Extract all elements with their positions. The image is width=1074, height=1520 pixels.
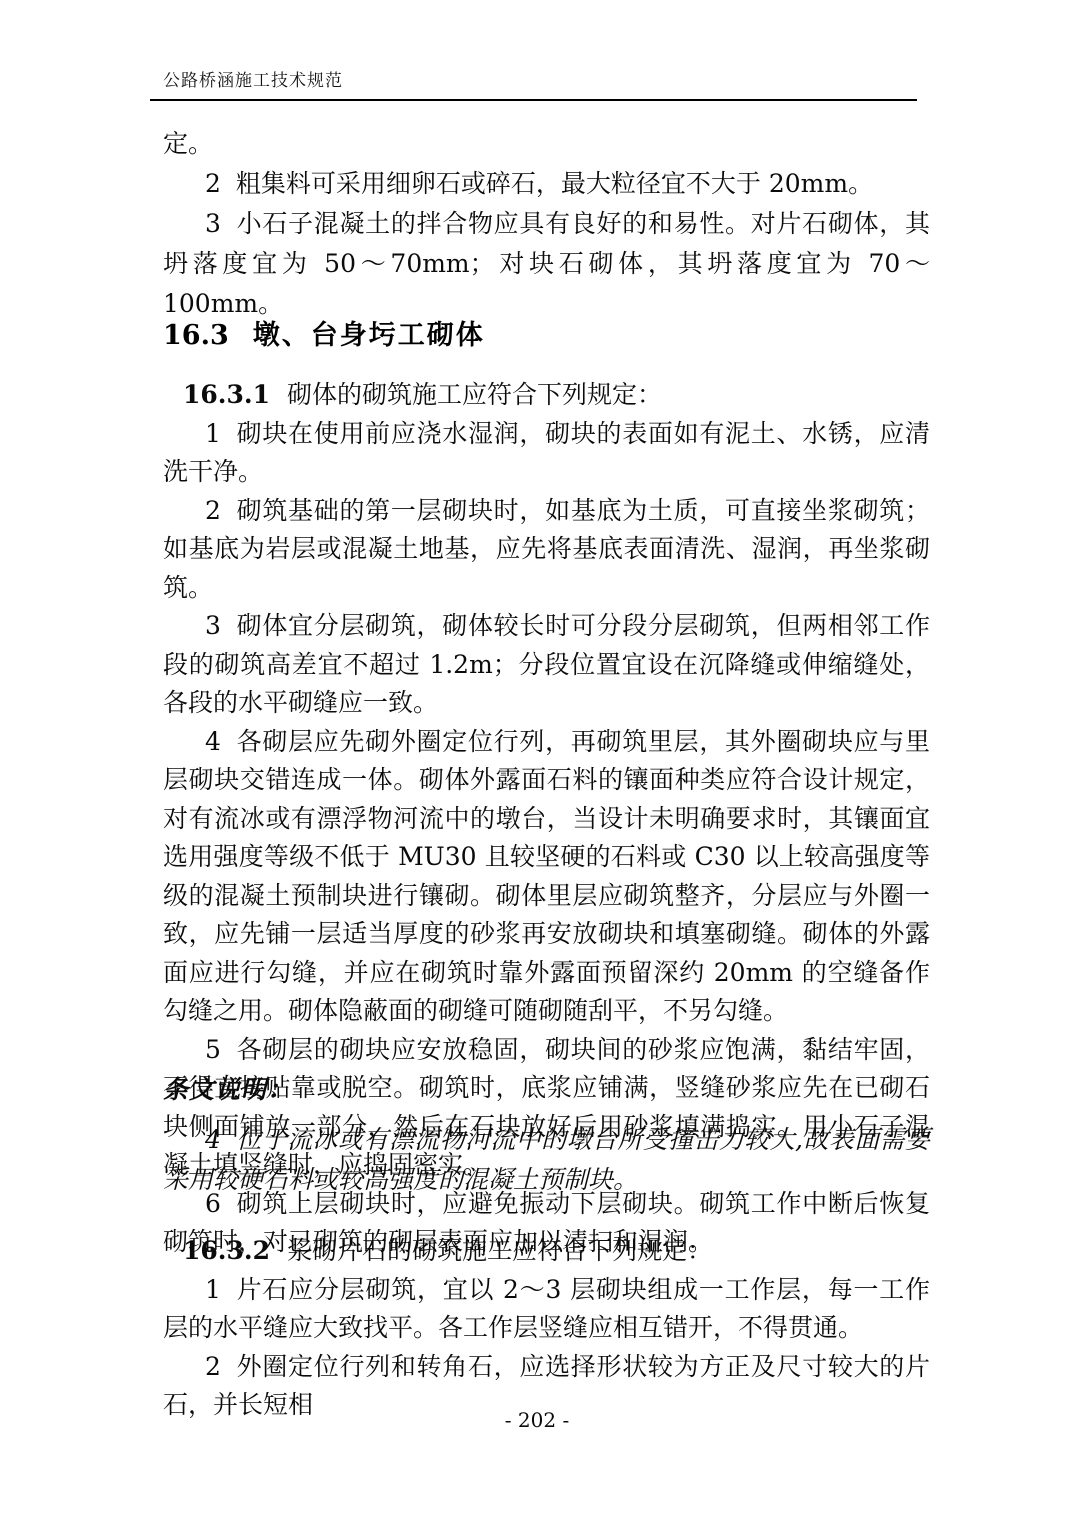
item-text: 位于流冰或有漂流物河流中的墩台所受撞击力较大,故表面需要采用较硬石料或较高强度的… (163, 1125, 930, 1194)
item-number: 1 (205, 419, 221, 448)
list-item: 3砌体宜分层砌筑，砌体较长时可分段分层砌筑，但两相邻工作段的砌筑高差宜不超过 1… (163, 607, 930, 723)
item-text: 砌体宜分层砌筑，砌体较长时可分段分层砌筑，但两相邻工作段的砌筑高差宜不超过 1.… (163, 611, 930, 717)
page-number: - 202 - (505, 1408, 569, 1432)
notes-heading: 条文说明： (163, 1070, 930, 1110)
paragraph-continuation: 定。 (163, 124, 930, 164)
item-number: 2 (205, 1352, 221, 1381)
section-heading: 16.3墩、台身圬工砌体 (163, 318, 930, 354)
list-item: 1片石应分层砌筑，宜以 2～3 层砌块组成一工作层，每一工作层的水平缝应大致找平… (163, 1271, 930, 1348)
item-text: 砌块在使用前应浇水湿润，砌块的表面如有泥土、水锈，应清洗干净。 (163, 419, 930, 487)
item-number: 5 (205, 1035, 221, 1064)
item-text: 小石子混凝土的拌合物应具有良好的和易性。对片石砌体，其坍落度宜为 50～70mm… (163, 209, 930, 318)
intro-block: 定。 2粗集料可采用细卵石或碎石，最大粒径宜不大于 20mm。 3小石子混凝土的… (163, 124, 930, 324)
item-text: 粗集料可采用细卵石或碎石，最大粒径宜不大于 20mm。 (236, 169, 873, 198)
list-item: 2粗集料可采用细卵石或碎石，最大粒径宜不大于 20mm。 (163, 164, 930, 204)
item-number: 2 (205, 169, 221, 198)
item-number: 2 (205, 496, 221, 525)
item-number: 3 (205, 611, 221, 640)
clause-16-3-2: 16.3.2浆砌片石的砌筑施工应符合下列规定： 1片石应分层砌筑，宜以 2～3 … (163, 1232, 930, 1425)
list-item: 1砌块在使用前应浇水湿润，砌块的表面如有泥土、水锈，应清洗干净。 (163, 415, 930, 492)
item-text: 片石应分层砌筑，宜以 2～3 层砌块组成一工作层，每一工作层的水平缝应大致找平。… (163, 1275, 930, 1343)
clause-lead: 砌体的砌筑施工应符合下列规定： (287, 380, 662, 409)
item-number: 4 (205, 727, 221, 756)
section-title: 墩、台身圬工砌体 (253, 320, 485, 351)
page-footer: - 202 - (0, 1406, 1074, 1434)
clause-lead: 浆砌片石的砌筑施工应符合下列规定： (287, 1236, 712, 1265)
list-item: 3小石子混凝土的拌合物应具有良好的和易性。对片石砌体，其坍落度宜为 50～70m… (163, 204, 930, 324)
item-number: 1 (205, 1275, 221, 1304)
clause-heading: 16.3.2浆砌片石的砌筑施工应符合下列规定： (163, 1232, 930, 1271)
paragraph-text: 定。 (163, 129, 213, 158)
document-page: 公路桥涵施工技术规范 定。 2粗集料可采用细卵石或碎石，最大粒径宜不大于 20m… (0, 0, 1074, 1520)
page-header: 公路桥涵施工技术规范 (150, 70, 917, 101)
notes-block: 条文说明： 4位于流冰或有漂流物河流中的墩台所受撞击力较大,故表面需要采用较硬石… (163, 1070, 930, 1200)
list-item: 4各砌层应先砌外圈定位行列，再砌筑里层，其外圈砌块应与里层砌块交错连成一体。砌体… (163, 723, 930, 1031)
item-number: 3 (205, 209, 221, 238)
item-number: 4 (205, 1125, 221, 1154)
section-number: 16.3 (163, 320, 229, 351)
clause-number: 16.3.1 (183, 380, 270, 409)
clause-number: 16.3.2 (183, 1236, 270, 1265)
list-item: 2砌筑基础的第一层砌块时，如基底为土质，可直接坐浆砌筑；如基底为岩层或混凝土地基… (163, 492, 930, 608)
running-title: 公路桥涵施工技术规范 (150, 70, 917, 92)
item-text: 砌筑基础的第一层砌块时，如基底为土质，可直接坐浆砌筑；如基底为岩层或混凝土地基，… (163, 496, 930, 602)
clause-heading: 16.3.1砌体的砌筑施工应符合下列规定： (163, 376, 930, 415)
note-item: 4位于流冰或有漂流物河流中的墩台所受撞击力较大,故表面需要采用较硬石料或较高强度… (163, 1120, 930, 1200)
item-text: 各砌层应先砌外圈定位行列，再砌筑里层，其外圈砌块应与里层砌块交错连成一体。砌体外… (163, 727, 930, 1026)
